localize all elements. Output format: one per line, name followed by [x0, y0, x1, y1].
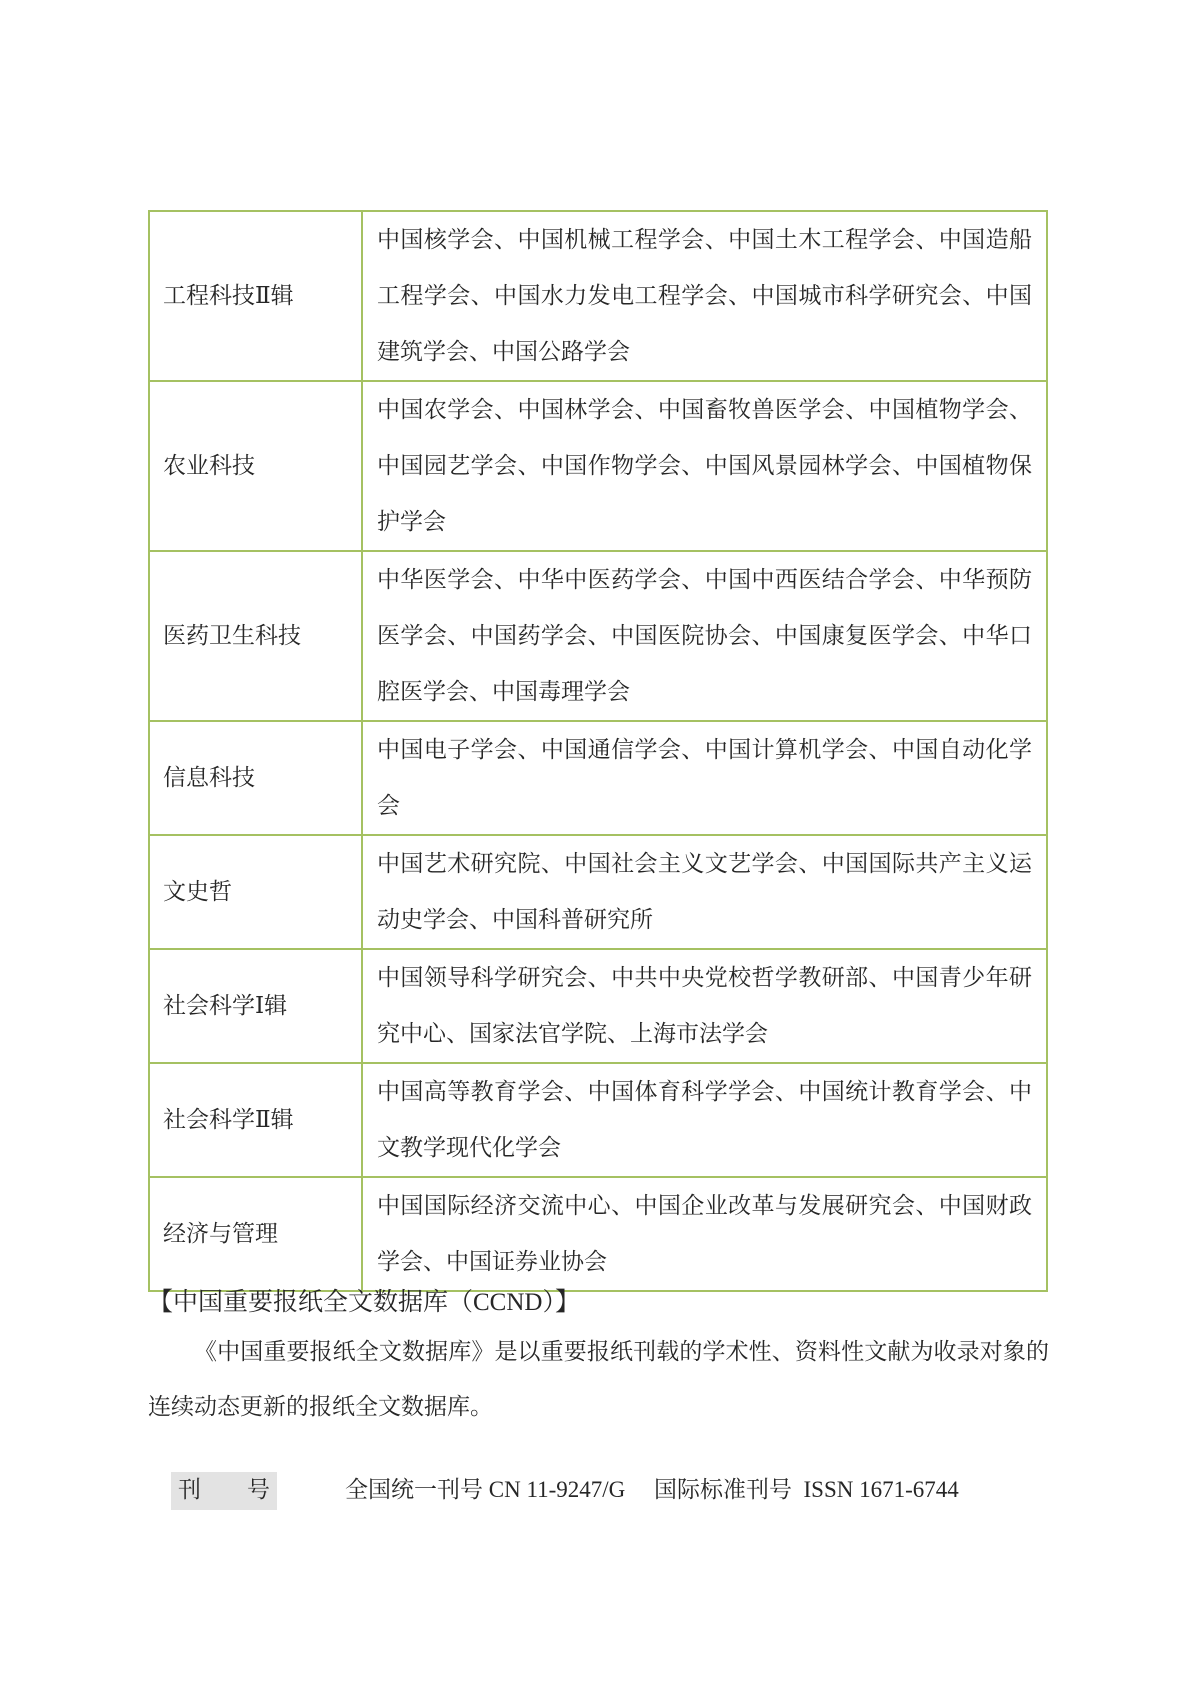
societies-cell: 中国核学会、中国机械工程学会、中国土木工程学会、中国造船工程学会、中国水力发电工… [362, 211, 1047, 381]
issue-number-value: 全国统一刊号 CN 11-9247/G 国际标准刊号 ISSN 1671-674… [345, 1477, 959, 1502]
database-source-table: 工程科技Ⅱ辑 中国核学会、中国机械工程学会、中国土木工程学会、中国造船工程学会、… [148, 210, 1048, 1292]
table-row: 信息科技 中国电子学会、中国通信学会、中国计算机学会、中国自动化学会 [149, 721, 1047, 835]
issue-number-row: 刊 号全国统一刊号 CN 11-9247/G 国际标准刊号 ISSN 1671-… [148, 1444, 959, 1538]
document-page: 工程科技Ⅱ辑 中国核学会、中国机械工程学会、中国土木工程学会、中国造船工程学会、… [0, 0, 1191, 1684]
category-cell: 信息科技 [149, 721, 362, 835]
societies-cell: 中华医学会、中华中医药学会、中国中西医结合学会、中华预防医学会、中国药学会、中国… [362, 551, 1047, 721]
table-body: 工程科技Ⅱ辑 中国核学会、中国机械工程学会、中国土木工程学会、中国造船工程学会、… [149, 211, 1047, 1291]
category-cell: 社会科学Ⅱ辑 [149, 1063, 362, 1177]
societies-cell: 中国电子学会、中国通信学会、中国计算机学会、中国自动化学会 [362, 721, 1047, 835]
category-cell: 医药卫生科技 [149, 551, 362, 721]
category-cell: 经济与管理 [149, 1177, 362, 1291]
table-row: 文史哲 中国艺术研究院、中国社会主义文艺学会、中国国际共产主义运动史学会、中国科… [149, 835, 1047, 949]
societies-cell: 中国高等教育学会、中国体育科学学会、中国统计教育学会、中文教学现代化学会 [362, 1063, 1047, 1177]
table-row: 社会科学Ⅰ辑 中国领导科学研究会、中共中央党校哲学教研部、中国青少年研究中心、国… [149, 949, 1047, 1063]
category-cell: 文史哲 [149, 835, 362, 949]
ccnd-description-paragraph: 《中国重要报纸全文数据库》是以重要报纸刊载的学术性、资料性文献为收录对象的连续动… [148, 1324, 1049, 1434]
category-cell: 工程科技Ⅱ辑 [149, 211, 362, 381]
category-cell: 农业科技 [149, 381, 362, 551]
societies-cell: 中国国际经济交流中心、中国企业改革与发展研究会、中国财政学会、中国证券业协会 [362, 1177, 1047, 1291]
societies-cell: 中国艺术研究院、中国社会主义文艺学会、中国国际共产主义运动史学会、中国科普研究所 [362, 835, 1047, 949]
table-row: 社会科学Ⅱ辑 中国高等教育学会、中国体育科学学会、中国统计教育学会、中文教学现代… [149, 1063, 1047, 1177]
table-row: 医药卫生科技 中华医学会、中华中医药学会、中国中西医结合学会、中华预防医学会、中… [149, 551, 1047, 721]
table-row: 农业科技 中国农学会、中国林学会、中国畜牧兽医学会、中国植物学会、中国园艺学会、… [149, 381, 1047, 551]
ccnd-section-heading: 【中国重要报纸全文数据库（CCND）】 [148, 1286, 580, 1320]
societies-cell: 中国农学会、中国林学会、中国畜牧兽医学会、中国植物学会、中国园艺学会、中国作物学… [362, 381, 1047, 551]
table-row: 经济与管理 中国国际经济交流中心、中国企业改革与发展研究会、中国财政学会、中国证… [149, 1177, 1047, 1291]
category-cell: 社会科学Ⅰ辑 [149, 949, 362, 1063]
table-row: 工程科技Ⅱ辑 中国核学会、中国机械工程学会、中国土木工程学会、中国造船工程学会、… [149, 211, 1047, 381]
societies-cell: 中国领导科学研究会、中共中央党校哲学教研部、中国青少年研究中心、国家法官学院、上… [362, 949, 1047, 1063]
issue-number-label: 刊 号 [171, 1472, 277, 1510]
